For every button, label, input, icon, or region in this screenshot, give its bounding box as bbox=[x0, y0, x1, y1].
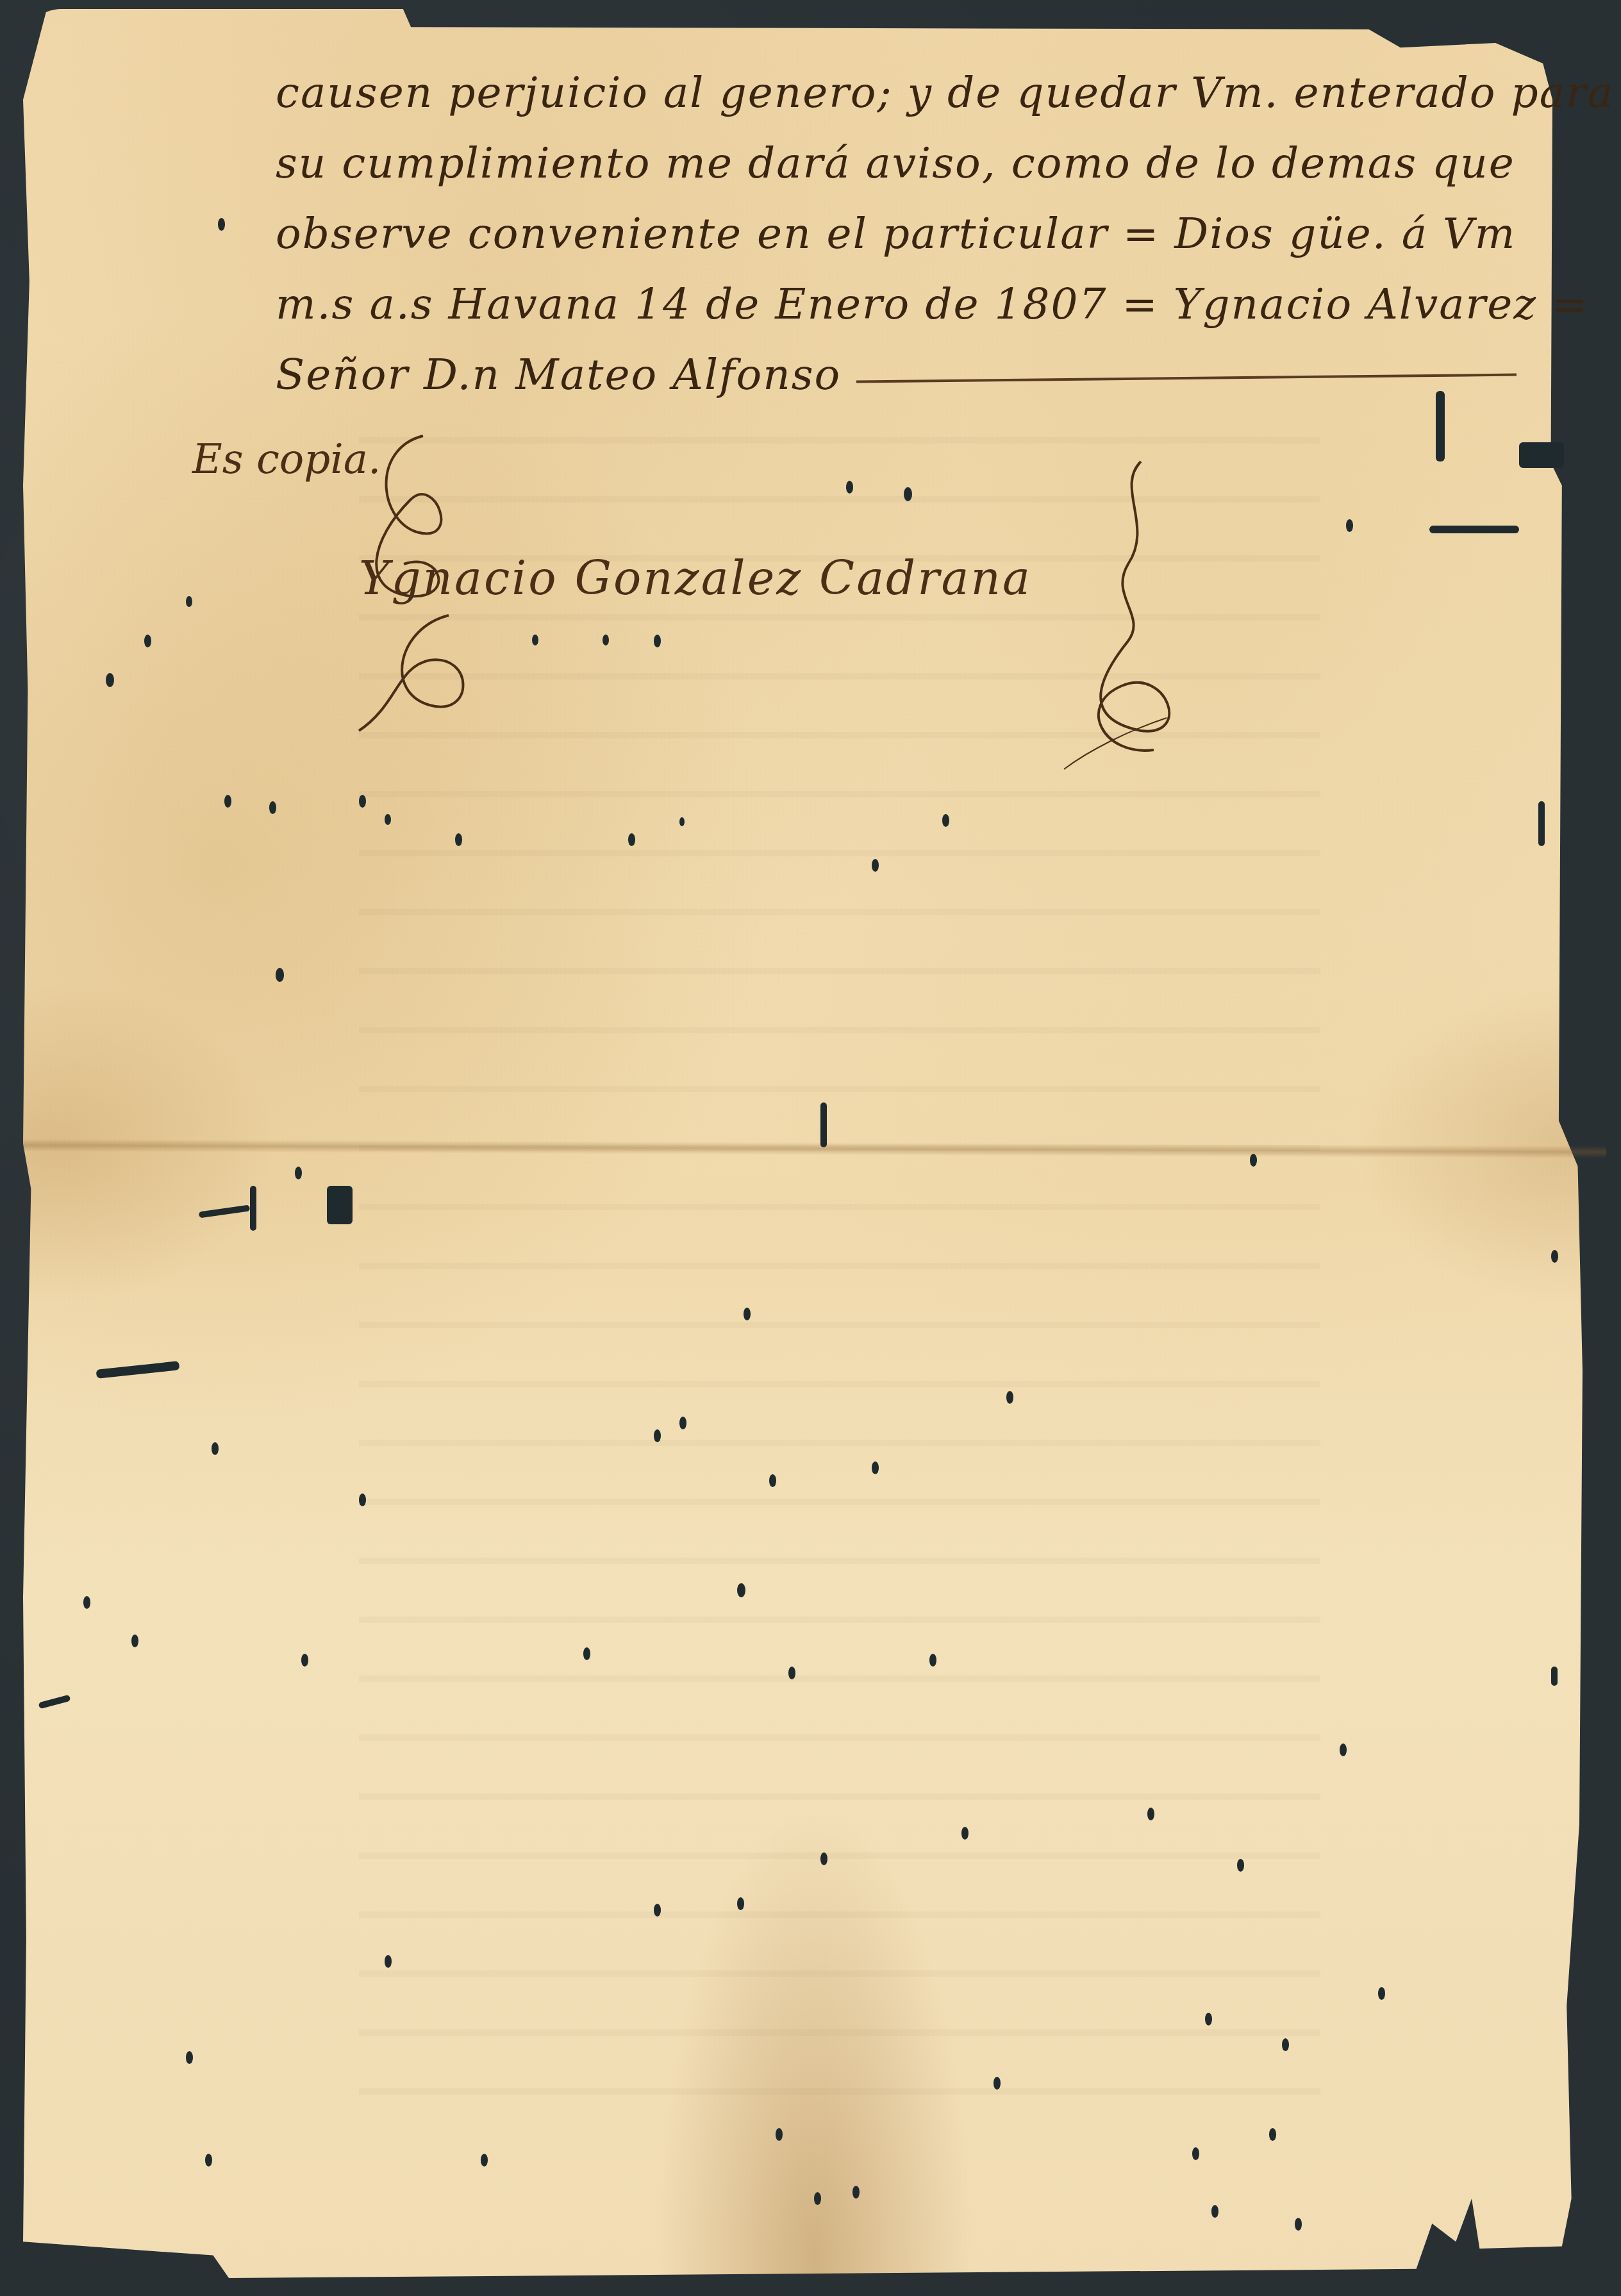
addressee-line: Señor D.n Mateo Alfonso bbox=[276, 340, 1538, 410]
wormhole-mark bbox=[769, 1474, 776, 1487]
wormhole-mark bbox=[224, 795, 231, 808]
damage-blot bbox=[1519, 442, 1564, 468]
wormhole-mark bbox=[385, 1955, 392, 1968]
wormhole-mark bbox=[269, 801, 276, 814]
wormhole-mark bbox=[186, 2051, 193, 2064]
damage-blot bbox=[1551, 1667, 1558, 1686]
wormhole-mark bbox=[654, 1904, 661, 1917]
body-line: observe conveniente en el particular = D… bbox=[276, 199, 1538, 269]
wormhole-mark bbox=[1147, 1808, 1154, 1820]
wormhole-mark bbox=[942, 814, 949, 827]
signature-flourish-left bbox=[333, 423, 526, 744]
wormhole-mark bbox=[205, 2154, 212, 2167]
wormhole-mark bbox=[359, 1493, 366, 1506]
wormhole-mark bbox=[1205, 2013, 1212, 2026]
wormhole-mark bbox=[872, 859, 879, 872]
wormhole-mark bbox=[1378, 1987, 1385, 2000]
wormhole-mark bbox=[846, 481, 853, 494]
wormhole-mark bbox=[788, 1667, 795, 1679]
wormhole-mark bbox=[961, 1827, 968, 1840]
wormhole-mark bbox=[1346, 519, 1353, 532]
wormhole-mark bbox=[359, 795, 366, 808]
wormhole-mark bbox=[814, 2192, 821, 2205]
wormhole-mark bbox=[820, 1852, 827, 1865]
wormhole-mark bbox=[776, 2128, 783, 2141]
wormhole-mark bbox=[455, 833, 462, 846]
wormhole-mark bbox=[212, 1442, 219, 1455]
letter-body: causen perjuicio al genero; y de quedar … bbox=[276, 58, 1538, 410]
signature-flourish-right bbox=[1000, 449, 1205, 782]
wormhole-mark bbox=[628, 833, 635, 846]
wormhole-mark bbox=[679, 817, 685, 826]
wormhole-mark bbox=[83, 1596, 90, 1609]
damage-blot bbox=[1429, 526, 1519, 533]
wormhole-mark bbox=[904, 487, 912, 501]
wormhole-mark bbox=[872, 1461, 879, 1474]
wormhole-mark bbox=[1211, 2205, 1218, 2218]
wormhole-mark bbox=[1282, 2038, 1289, 2051]
wormhole-mark bbox=[929, 1654, 936, 1667]
closing-rule bbox=[856, 374, 1517, 383]
damage-blot bbox=[820, 1102, 827, 1147]
wormhole-mark bbox=[737, 1583, 745, 1597]
wormhole-mark bbox=[532, 635, 538, 645]
body-line: causen perjuicio al genero; y de quedar … bbox=[276, 58, 1538, 128]
wormhole-mark bbox=[993, 2077, 1001, 2090]
body-line: su cumplimiento me dará aviso, como de l… bbox=[276, 128, 1538, 199]
wormhole-mark bbox=[583, 1647, 590, 1660]
wormhole-mark bbox=[1192, 2147, 1199, 2160]
wormhole-mark bbox=[295, 1167, 302, 1179]
damage-blot bbox=[327, 1186, 353, 1224]
wormhole-mark bbox=[603, 635, 609, 645]
wormhole-mark bbox=[1269, 2128, 1276, 2141]
wormhole-mark bbox=[737, 1897, 744, 1910]
wormhole-mark bbox=[679, 1417, 686, 1429]
wormhole-mark bbox=[276, 968, 284, 982]
wormhole-mark bbox=[301, 1654, 308, 1667]
wormhole-mark bbox=[1006, 1391, 1013, 1404]
damage-blot bbox=[1436, 391, 1445, 462]
wormhole-mark bbox=[1250, 1154, 1257, 1167]
wormhole-mark bbox=[385, 814, 391, 825]
wormhole-mark bbox=[852, 2186, 860, 2199]
wormhole-mark bbox=[186, 596, 192, 607]
wormhole-mark bbox=[1295, 2218, 1302, 2231]
wormhole-mark bbox=[1551, 1250, 1558, 1263]
wormhole-mark bbox=[481, 2154, 488, 2167]
wormhole-mark bbox=[1340, 1743, 1347, 1756]
wormhole-mark bbox=[654, 635, 661, 647]
wormhole-mark bbox=[1237, 1859, 1244, 1872]
wormhole-mark bbox=[218, 218, 225, 231]
wormhole-mark bbox=[106, 673, 114, 687]
damage-blot bbox=[1538, 801, 1545, 846]
damage-blot bbox=[250, 1186, 256, 1231]
wormhole-mark bbox=[131, 1635, 138, 1647]
wormhole-mark bbox=[654, 1429, 661, 1442]
addressee: Señor D.n Mateo Alfonso bbox=[276, 350, 841, 399]
body-line: m.s a.s Havana 14 de Enero de 1807 = Ygn… bbox=[276, 269, 1538, 340]
wormhole-mark bbox=[144, 635, 151, 647]
wormhole-mark bbox=[744, 1308, 751, 1320]
